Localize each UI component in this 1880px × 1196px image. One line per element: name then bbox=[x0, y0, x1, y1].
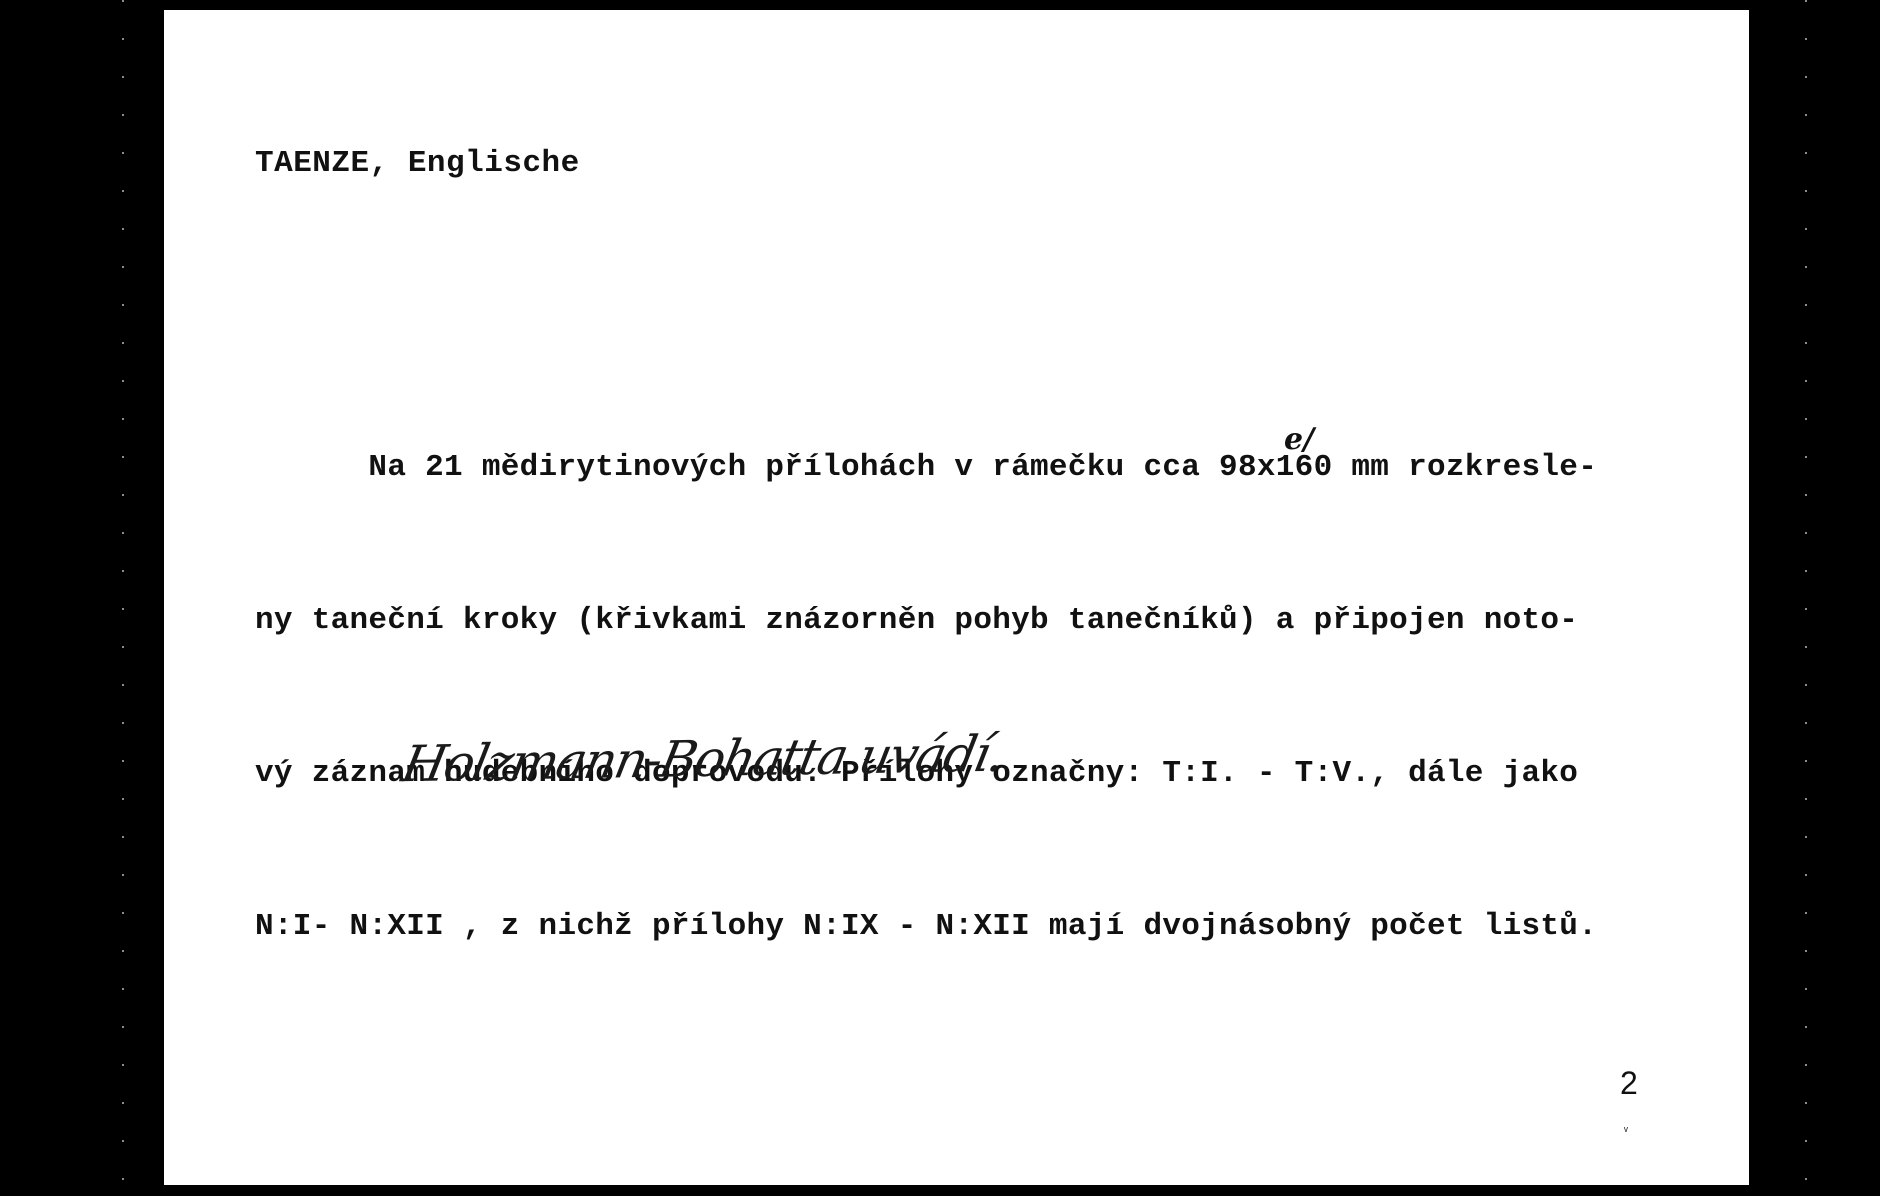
card-body: Na 21 mědirytinových přílohách v rámečku… bbox=[255, 340, 1597, 1054]
catalog-card: TAENZE, Englische Na 21 mědirytinových p… bbox=[164, 10, 1749, 1185]
scan-border-speckle-right bbox=[1805, 0, 1807, 1196]
body-line: N:I- N:XII , z nichž přílohy N:IX - N:XI… bbox=[255, 901, 1597, 952]
body-line: Na 21 mědirytinových přílohách v rámečku… bbox=[255, 442, 1597, 493]
scan-border-speckle-left bbox=[122, 0, 124, 1196]
handwritten-correction: e/ bbox=[1284, 422, 1314, 457]
card-heading: TAENZE, Englische bbox=[255, 146, 580, 181]
page-mark: ᵥ bbox=[1624, 1120, 1628, 1134]
page-number: 2 bbox=[1620, 1065, 1638, 1102]
handwritten-note: Holzmann-Bohatta uvádí. bbox=[397, 725, 1008, 793]
body-line: ny taneční kroky (křivkami znázorněn poh… bbox=[255, 595, 1597, 646]
